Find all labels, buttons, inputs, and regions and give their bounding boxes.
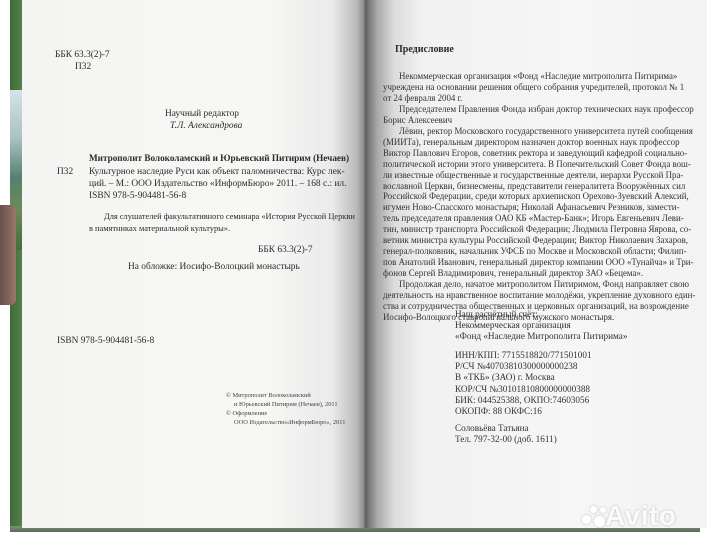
editor-label: Научный редактор	[165, 109, 239, 121]
copyright-line-2: и Юрьевский Питирим (Нечаев), 2011	[234, 401, 338, 409]
author-mark: П32	[57, 167, 73, 179]
avito-dots-icon	[580, 503, 606, 529]
holding-hand	[0, 205, 16, 305]
left-page: ББК 63.3(2)-7 П32 Научный редактор Т.Л. …	[22, 0, 367, 528]
copyright-line-3: © Оформление	[226, 410, 267, 418]
account-block: Наш расчётный счёт: Некоммерческая орган…	[455, 309, 627, 343]
bib-line-2: ций. – М.: ООО Издательство «ИнформБюро»…	[89, 179, 346, 191]
author-heading: Митрополит Волоколамский и Юрьевский Пит…	[89, 153, 349, 165]
cover-note: На обложке: Иосифо-Волоцкий монастырь	[128, 262, 300, 274]
avito-watermark: Avito	[605, 500, 676, 532]
preface-paragraph-1: Некоммерческая организация «Фонд «Наслед…	[383, 71, 673, 104]
bbk-code-top: ББК 63.3(2)-7	[55, 50, 110, 62]
author-mark-top: П32	[75, 62, 91, 74]
bbk-code-bottom: ББК 63.3(2)-7	[258, 245, 313, 257]
preface-paragraph-3: Лёвин, ректор Московского государственно…	[383, 126, 673, 279]
audience-line-1: Для слушателей факультативного семинара …	[104, 211, 355, 223]
bib-isbn: ISBN 978-5-904481-56-8	[89, 191, 186, 203]
contact-block: Соловьёва Татьяна Тел. 797-32-00 (доб. 1…	[455, 423, 557, 445]
copyright-line-1: © Митрополит Волоколамский	[226, 392, 311, 400]
editor-name: Т.Л. Александрова	[170, 121, 242, 133]
open-book-photo: ББК 63.3(2)-7 П32 Научный редактор Т.Л. …	[0, 0, 710, 540]
isbn: ISBN 978-5-904481-56-8	[57, 336, 154, 348]
preface-heading: Предисловие	[395, 44, 454, 56]
audience-line-2: в памятниках материальной культуры».	[89, 223, 230, 235]
preface-paragraph-2: Председателем Правления Фонда избран док…	[383, 104, 673, 126]
copyright-line-4: ООО Издательство«ИнформБюро», 2011	[234, 419, 345, 427]
bib-line-1: Культурное наследие Руси как объект пало…	[89, 167, 345, 179]
bank-details: ИНН/КПП: 7715518820/771501001 Р/СЧ №4070…	[455, 350, 592, 417]
